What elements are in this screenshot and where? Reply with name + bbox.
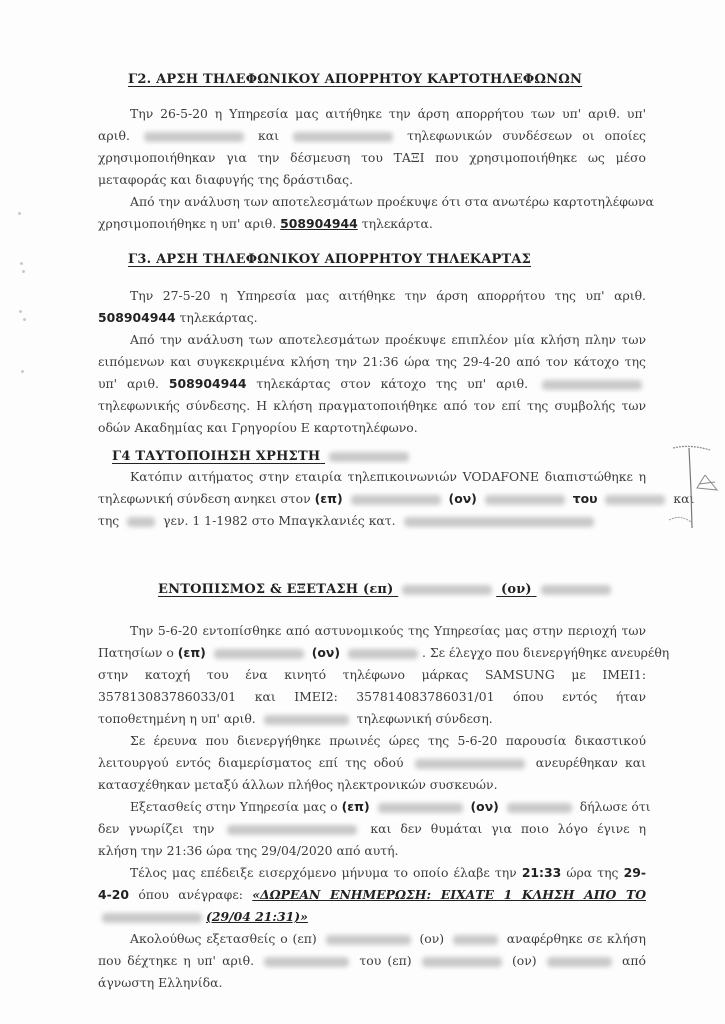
- text-line: χρησιμοποιήθηκε η υπ' αριθ. 508904944 τη…: [98, 213, 646, 235]
- redacted-name: [453, 935, 498, 945]
- text-line: της γεν. 1 1-1982 στο Μπαγκλανιές κατ.: [98, 510, 646, 532]
- scan-speck: [23, 318, 26, 321]
- redacted-name: [348, 649, 418, 659]
- redacted-number: [144, 132, 244, 142]
- redacted-name: [507, 803, 572, 813]
- text-line: αριθ. και τηλεφωνικών συνδέσεων οι οποίε…: [98, 125, 646, 147]
- text-line: τηλεφωνικής σύνδεσης. Η κλήση πραγματοπο…: [98, 395, 646, 417]
- scan-speck: [19, 310, 22, 313]
- redacted-name: [329, 452, 409, 462]
- card-number: 508904944: [98, 310, 176, 325]
- card-number: 508904944: [169, 376, 247, 391]
- text-line: Εξετασθείς στην Υπηρεσία μας ο (επ) (ον)…: [98, 796, 646, 818]
- section-g4-heading: Γ4 ΤΑΥΤΟΠΟΙΗΣΗ ΧΡΗΣΤΗ: [112, 449, 413, 464]
- text-line: δεν γνωρίζει την και δεν θυμάται για ποι…: [98, 818, 646, 840]
- text-line: κατασχέθηκαν μεταξύ άλλων πλήθος ηλεκτρο…: [98, 774, 646, 796]
- text-line: Τέλος μας επέδειξε εισερχόμενο μήνυμα το…: [98, 862, 646, 884]
- text-line: κλήση την 21:36 ώρα της 29/04/2020 από α…: [98, 840, 646, 862]
- sms-quote: (29/04 21:31)»: [206, 909, 308, 924]
- text-line: χρησιμοποιήθηκαν για την δέσμευση του ΤΑ…: [98, 147, 646, 169]
- text-line: 357813083786033/01 και IMEI2: 3578140837…: [98, 686, 646, 708]
- text-line: τηλεφωνική σύνδεση ανηκει στον (επ) (ον)…: [98, 488, 646, 510]
- text-line: Την 27-5-20 η Υπηρεσία μας αιτήθηκε την …: [98, 285, 646, 307]
- text-line: Ακολούθως εξετασθείς ο (επ) (ον) αναφέρθ…: [98, 928, 646, 950]
- redacted-name: [326, 935, 411, 945]
- redacted-number: [264, 715, 349, 725]
- text-line: Την 26-5-20 η Υπηρεσία μας αιτήθηκε την …: [98, 103, 646, 125]
- scan-speck: [18, 212, 21, 215]
- scan-speck: [21, 370, 24, 373]
- scan-speck: [20, 262, 23, 265]
- section-entopismos-body: Την 5-6-20 εντοπίσθηκε από αστυνομικούς …: [98, 620, 646, 994]
- redacted-name: [605, 495, 665, 505]
- redacted-number: [293, 132, 393, 142]
- document-page: Γ2. ΑΡΣΗ ΤΗΛΕΦΩΝΙΚΟΥ ΑΠΟΡΡΗΤΟΥ ΚΑΡΤΟΤΗΛΕ…: [0, 0, 725, 1024]
- text-line: άγνωστη Ελληνίδα.: [98, 972, 646, 994]
- redacted-name: [541, 585, 611, 595]
- section-g2-heading: Γ2. ΑΡΣΗ ΤΗΛΕΦΩΝΙΚΟΥ ΑΠΟΡΡΗΤΟΥ ΚΑΡΤΟΤΗΛΕ…: [128, 72, 582, 87]
- text-line: που δέχτηκε η υπ' αριθ. του (επ) (ον) απ…: [98, 950, 646, 972]
- text-line: (29/04 21:31)»: [98, 906, 646, 928]
- text-line: λειτουργού εντός διαμερίσματος επί της ο…: [98, 752, 646, 774]
- text-line: Την 5-6-20 εντοπίσθηκε από αστυνομικούς …: [98, 620, 646, 642]
- section-g3-heading: Γ3. ΑΡΣΗ ΤΗΛΕΦΩΝΙΚΟΥ ΑΠΟΡΡΗΤΟΥ ΤΗΛΕΚΑΡΤΑ…: [128, 252, 531, 267]
- redacted-address: [404, 517, 594, 527]
- text-line: 508904944 τηλεκάρτας.: [98, 307, 646, 329]
- text-line: ειπόμενων και συγκεκριμένα κλήση την 21:…: [98, 351, 646, 373]
- card-number: 508904944: [280, 216, 358, 231]
- scan-speck: [22, 270, 25, 273]
- section-g4-body: Κατόπιν αιτήματος στην εταιρία τηλεπικοι…: [98, 466, 646, 532]
- redacted-number: [542, 380, 642, 390]
- text-line: Πατησίων ο (επ) (ον) . Σε έλεγχο που διε…: [98, 642, 646, 664]
- text-line: Σε έρευνα που διενεργήθηκε πρωινές ώρες …: [98, 730, 646, 752]
- redacted-name: [227, 825, 357, 835]
- redacted-name: [547, 957, 612, 967]
- redacted-number: [264, 957, 349, 967]
- redacted-name: [402, 585, 492, 595]
- sms-quote: «ΔΩΡΕΑΝ ΕΝΗΜΕΡΩΣΗ: ΕΙΧΑΤΕ 1 ΚΛΗΣΗ ΑΠΟ ΤΟ: [252, 887, 646, 902]
- section-g3-body: Την 27-5-20 η Υπηρεσία μας αιτήθηκε την …: [98, 285, 646, 439]
- text-line: μεταφοράς και διαφυγής της δράστιδας.: [98, 169, 646, 191]
- text-line: Από την ανάλυση των αποτελεσμάτων προέκυ…: [98, 191, 646, 213]
- text-line: υπ' αριθ. 508904944 τηλεκάρτας στον κάτο…: [98, 373, 646, 395]
- redacted-name: [422, 957, 502, 967]
- text-line: Από την ανάλυση των αποτελεσμάτων προέκυ…: [98, 329, 646, 351]
- redacted-name: [214, 649, 304, 659]
- text-line: Κατόπιν αιτήματος στην εταιρία τηλεπικοι…: [98, 466, 646, 488]
- redacted-name: [351, 495, 441, 505]
- text-line: στην κατοχή του ένα κινητό τηλέφωνο μάρκ…: [98, 664, 646, 686]
- redacted-address: [415, 759, 525, 769]
- redacted-number: [102, 913, 202, 923]
- redacted-name: [378, 803, 463, 813]
- redacted-name: [127, 517, 155, 527]
- section-g2-body: Την 26-5-20 η Υπηρεσία μας αιτήθηκε την …: [98, 103, 646, 235]
- section-entopismos-heading: ΕΝΤΟΠΙΣΜΟΣ & ΕΞΕΤΑΣΗ (επ) (ον): [158, 582, 615, 597]
- handwritten-signature-icon: [665, 440, 725, 530]
- text-line: τοποθετημένη η υπ' αριθ. τηλεφωνική σύνδ…: [98, 708, 646, 730]
- text-line: οδών Ακαδημίας και Γρηγορίου Ε καρτοτηλέ…: [98, 417, 646, 439]
- redacted-name: [485, 495, 565, 505]
- text-line: 4-20 όπου ανέγραφε: «ΔΩΡΕΑΝ ΕΝΗΜΕΡΩΣΗ: Ε…: [98, 884, 646, 906]
